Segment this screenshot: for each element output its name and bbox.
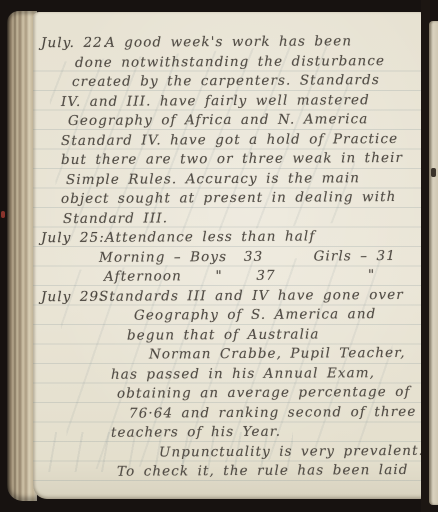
journal-line: created by the carpenters. Standards — [39, 72, 424, 94]
red-ink-mark — [1, 211, 5, 218]
entry-date: July 29. — [41, 288, 105, 304]
entry-text: begun that of Australia — [39, 326, 320, 344]
journal-line: but there are two or three weak in their — [39, 150, 424, 172]
journal-line: obtaining an average percentage of — [39, 384, 424, 406]
journal-line: To check it, the rule has been laid — [39, 462, 424, 484]
entry-date: July 25: — [41, 230, 105, 246]
entry-text: done notwithstanding the disturbance — [39, 53, 385, 71]
entry-text: Geography of Africa and N. America — [39, 111, 369, 129]
entry-date: July. 22. — [41, 35, 108, 51]
entry-text: teachers of his Year. — [39, 424, 281, 441]
journal-line: object sought at present in dealing with — [39, 189, 424, 211]
journal-line: begun that of Australia — [39, 325, 424, 347]
entry-text: IV. and III. have fairly well mastered — [39, 92, 370, 110]
journal-line: Norman Crabbe, Pupil Teacher, — [39, 345, 424, 367]
entry-text: Norman Crabbe, Pupil Teacher, — [39, 345, 406, 363]
journal-line: July. 22.A good week's work has been — [39, 33, 424, 55]
journal-line: Morning – Boys 33 Girls – 31 — [39, 247, 424, 269]
journal-line: Geography of S. America and — [39, 306, 424, 328]
facing-page-sliver — [429, 21, 438, 505]
journal-line: has passed in his Annual Exam, — [39, 364, 424, 386]
entry-text: Standard IV. have got a hold of Practice — [39, 130, 398, 148]
entry-text: To check it, the rule has been laid — [39, 462, 409, 480]
journal-line: Geography of Africa and N. America — [39, 111, 424, 133]
journal-line: Simple Rules. Accuracy is the main — [39, 169, 424, 191]
entry-text: obtaining an average percentage of — [39, 384, 411, 402]
photo-background: July. 22.A good week's work has beendone… — [0, 0, 438, 512]
entry-text: 76·64 and ranking second of three — [39, 403, 417, 421]
ink-blot — [431, 168, 436, 177]
entry-text: object sought at present in dealing with — [39, 189, 397, 207]
notebook-page: July. 22.A good week's work has beendone… — [33, 12, 424, 499]
journal-line: teachers of his Year. — [39, 423, 424, 445]
journal-line: done notwithstanding the disturbance — [39, 52, 424, 74]
entry-text: Geography of S. America and — [39, 306, 376, 324]
entry-text: Standard III. — [39, 210, 168, 227]
journal-line: Standard III. — [39, 208, 424, 230]
handwritten-entries: July. 22.A good week's work has beendone… — [39, 34, 424, 483]
entry-text: Unpunctuality is very prevalent. — [39, 442, 424, 460]
journal-line: July 29.Standards III and IV have gone o… — [39, 286, 424, 308]
journal-line: Unpunctuality is very prevalent. — [39, 442, 424, 464]
entry-text: but there are two or three weak in their — [39, 150, 403, 168]
journal-line: Afternoon " 37 " 33 . — [39, 267, 424, 289]
entry-text: created by the carpenters. Standards — [39, 72, 380, 90]
journal-line: July 25:Attendance less than half — [39, 228, 424, 250]
entry-text: Simple Rules. Accuracy is the main — [39, 170, 360, 188]
entry-text: Afternoon " 37 " 33 . — [39, 267, 424, 286]
entry-text: Morning – Boys 33 Girls – 31 — [39, 247, 396, 265]
journal-line: IV. and III. have fairly well mastered — [39, 91, 424, 113]
journal-line: 76·64 and ranking second of three — [39, 403, 424, 425]
journal-line: Standard IV. have got a hold of Practice — [39, 130, 424, 152]
entry-text: has passed in his Annual Exam, — [39, 365, 375, 383]
